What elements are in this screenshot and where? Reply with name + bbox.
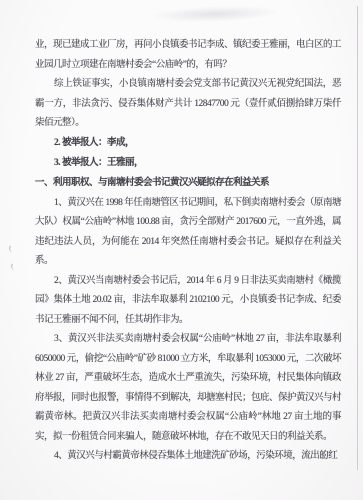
paragraph-point-3: 3、黄汉兴非法买卖南塘村委会权属“公庙岭”林地 27 亩，非法牟取暴利 6050… xyxy=(35,330,341,447)
scan-edge-line xyxy=(357,6,358,470)
scan-speck-artifact xyxy=(10,263,16,270)
scan-speck-artifact xyxy=(8,245,14,252)
accused-person-item-3: 3. 被举报人：王雅丽， xyxy=(35,154,341,174)
paragraph-continuation: 业，现已建成工业厂房，再问小良镇委书记李成、镇纪委王雅丽，电白区的工业园几时立项… xyxy=(35,36,341,75)
paragraph-point-4-cutoff: 4、黄汉兴与村霸黄帝林侵吞集体土地建洗矿砂场，污染环境，流出的红 xyxy=(35,447,341,467)
document-body: 业，现已建成工业厂房，再问小良镇委书记李成、镇纪委王雅丽，电白区的工业园几时立项… xyxy=(35,36,341,467)
paragraph-point-2: 2、黄汉兴当南塘村委会书记后，2014 年 6 月 9 日非法买卖南塘村《橄揽园… xyxy=(35,272,341,331)
paragraph-point-1: 1、黄汉兴在 1998 年任南塘管区书记期间，私下倒卖南塘村委会（原南塘大队）权… xyxy=(35,194,341,272)
section-heading-1: 一、利用职权、与南塘村委会书记黄汉兴疑拟存在利益关系 xyxy=(35,174,341,194)
page-number: 5 xyxy=(321,451,326,461)
scanned-page: 业，现已建成工业厂房，再问小良镇委书记李成、镇纪委王雅丽，电白区的工业园几时立项… xyxy=(0,0,363,500)
paragraph-summary-accusation: 综上铁证事实，小良镇南塘村委会党支部书记黄汉兴无视党纪国法，恶霸一方，非法贪污、… xyxy=(35,75,341,134)
accused-person-item-2: 2. 被举报人：李成， xyxy=(35,134,341,154)
scan-smudge-artifact xyxy=(150,4,280,25)
